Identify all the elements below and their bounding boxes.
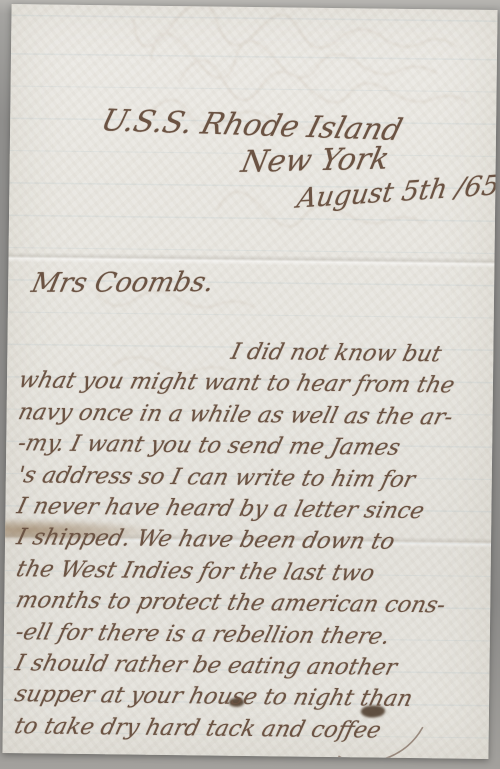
heading-place: New York: [238, 141, 392, 180]
salutation: Mrs Coombs.: [29, 267, 217, 299]
letter-paper: U.S.S. Rhode Island New York August 5th …: [2, 4, 497, 759]
body-line: to take dry hard tack and coffee: [11, 711, 493, 748]
fold-crease-top: [8, 252, 494, 268]
letter-heading: U.S.S. Rhode Island New York August 5th …: [12, 4, 498, 10]
body-line: -my. I want you to send me James: [14, 428, 496, 465]
letter-body: I did not know but what you might want t…: [15, 334, 494, 748]
body-line: months to protect the american cons-: [12, 585, 494, 622]
